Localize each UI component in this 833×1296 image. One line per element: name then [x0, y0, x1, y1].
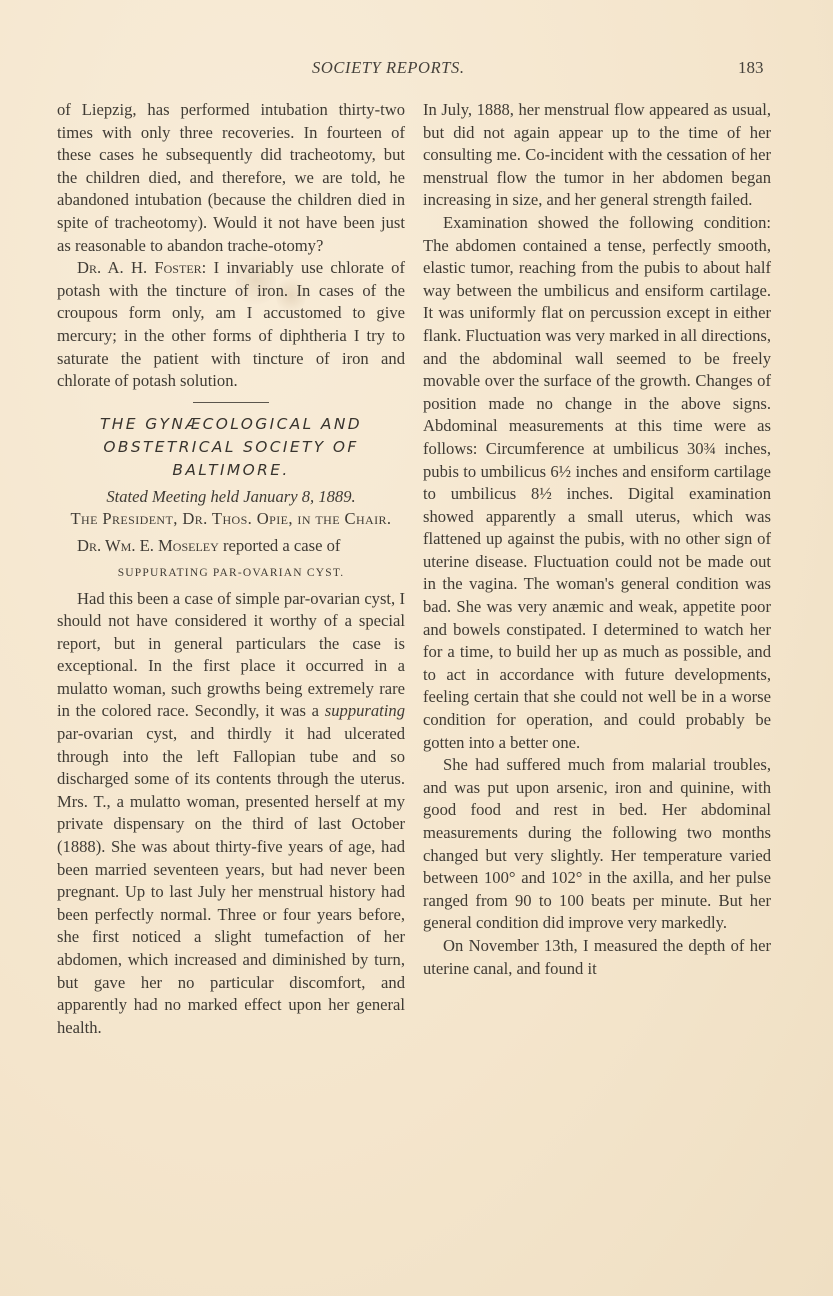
- page-number: 183: [738, 58, 764, 78]
- section-divider: [193, 402, 269, 403]
- right-column: In July, 1888, her menstrual flow appear…: [423, 99, 771, 980]
- paragraph-november: On November 13th, I measured the depth o…: [423, 935, 771, 980]
- paragraph-foster: Dr. A. H. Foster: I invariably use chlor…: [57, 257, 405, 393]
- meeting-date: Stated Meeting held January 8, 1889.: [57, 486, 405, 509]
- report-intro: Dr. Wm. E. Moseley reported a case of: [57, 535, 405, 558]
- case-title: suppurating par-ovarian cyst.: [57, 564, 405, 582]
- speaker-name: Dr. Wm. E. Moseley: [77, 536, 219, 555]
- running-head: SOCIETY REPORTS. 183: [0, 58, 833, 82]
- emphasis: suppurating: [325, 701, 405, 720]
- speaker-name: Dr. A. H. Foster: [77, 258, 202, 277]
- paragraph-case: Had this been a case of simple par-ovari…: [57, 588, 405, 1040]
- paragraph-text: : I invariably use chlorate of potash wi…: [57, 258, 405, 390]
- society-heading: THE GYNÆCOLOGICAL AND OBSTETRICAL SOCIET…: [57, 413, 405, 482]
- paragraph-malarial: She had suffered much from malarial trou…: [423, 754, 771, 935]
- paragraph-intubation: of Liepzig, has performed intubation thi…: [57, 99, 405, 257]
- left-column: of Liepzig, has performed intubation thi…: [57, 99, 405, 1039]
- chair-line: The President, Dr. Thos. Opie, in the Ch…: [57, 508, 405, 531]
- paragraph-text: par-ovarian cyst, and thirdly it had ulc…: [57, 724, 405, 1037]
- report-text: reported a case of: [219, 536, 341, 555]
- paragraph-menstrual: In July, 1888, her menstrual flow appear…: [423, 99, 771, 212]
- paragraph-examination: Examination showed the following conditi…: [423, 212, 771, 754]
- running-title: SOCIETY REPORTS.: [312, 58, 465, 78]
